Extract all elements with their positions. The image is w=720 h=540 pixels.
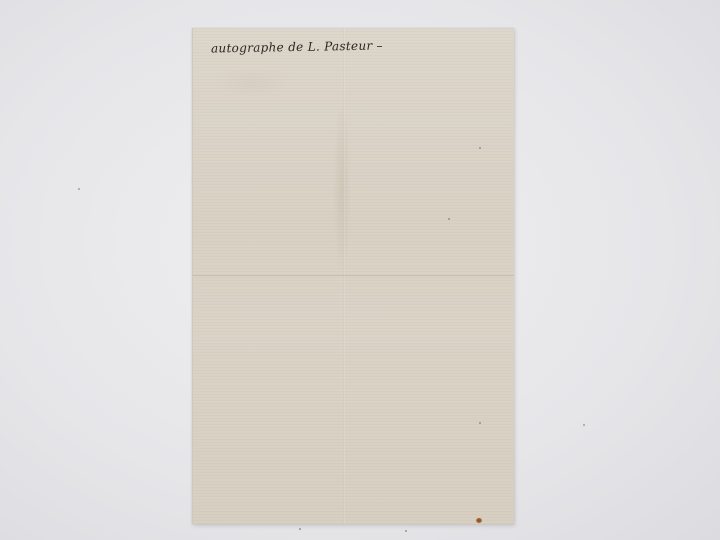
photo-scene: autographe de L. Pasteur – [0, 0, 720, 540]
rust-spot [476, 518, 482, 523]
paper-speck [405, 530, 407, 532]
paper-stain [333, 98, 351, 278]
paper-sheet: autographe de L. Pasteur – [192, 28, 514, 524]
paper-speck [479, 422, 481, 424]
paper-speck [448, 218, 450, 220]
horizontal-fold-line [193, 275, 514, 277]
paper-speck [299, 528, 301, 530]
background-speck [583, 424, 585, 426]
background-speck [78, 188, 80, 190]
handwritten-note: autographe de L. Pasteur – [211, 39, 383, 56]
paper-speck [479, 147, 481, 149]
paper-stain [213, 68, 293, 98]
